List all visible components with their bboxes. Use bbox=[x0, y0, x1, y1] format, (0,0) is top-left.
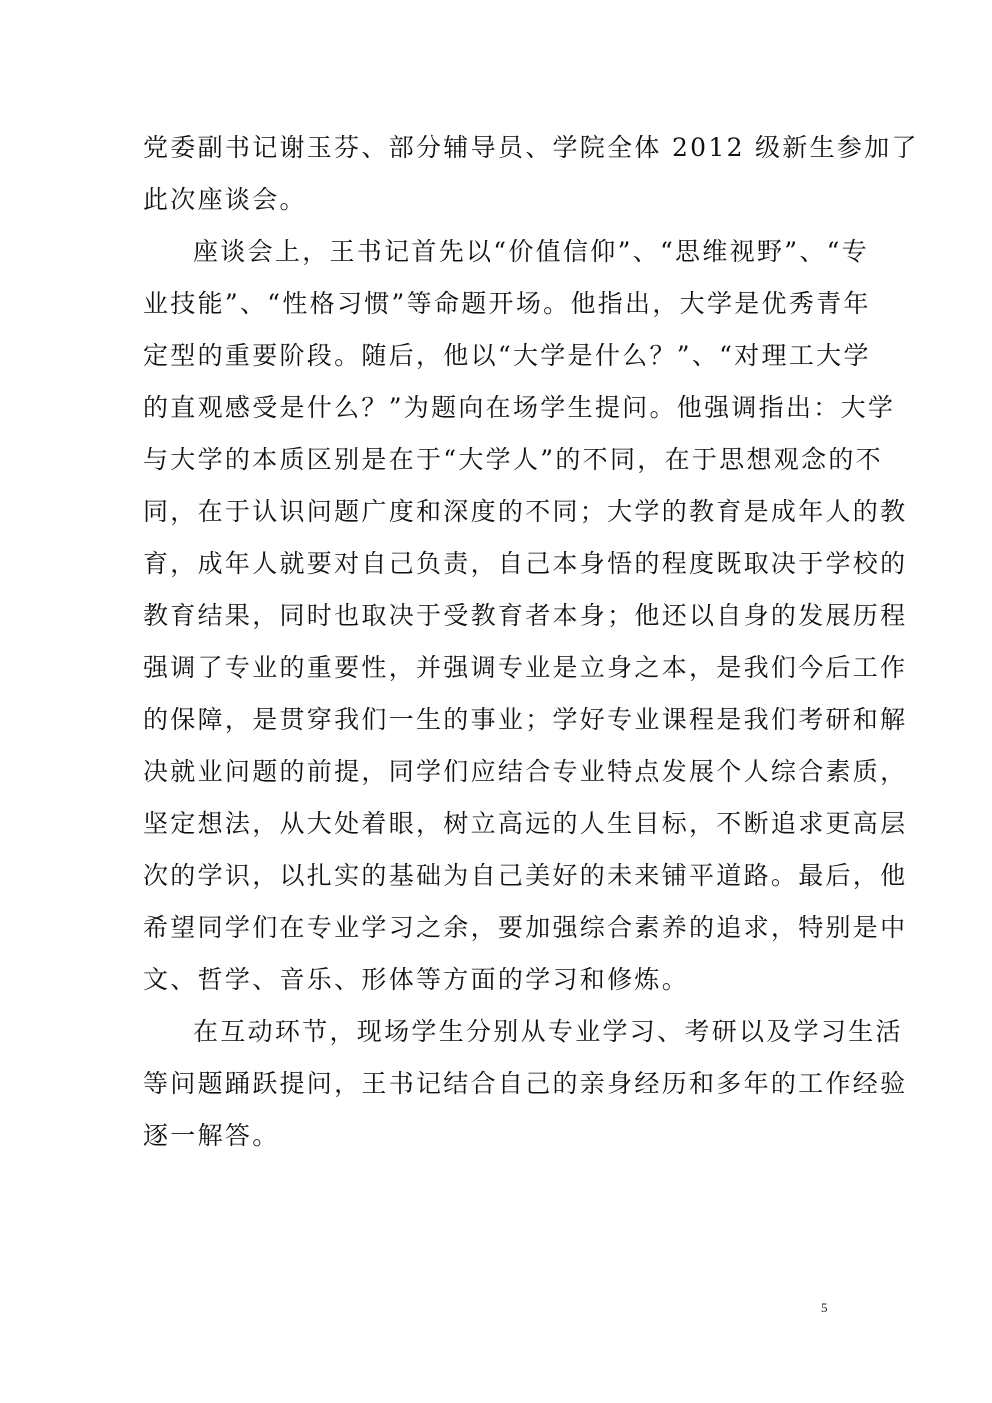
text-line: 强调了专业的重要性，并强调专业是立身之本，是我们今后工作 bbox=[143, 648, 843, 700]
paragraph-first-line: 在互动环节，现场学生分别从专业学习、考研以及学习生活 bbox=[143, 1012, 843, 1064]
document-page: 党委副书记谢玉芬、部分辅导员、学院全体 2012 级新生参加了 此次座谈会。 座… bbox=[0, 0, 992, 1403]
body-text: 党委副书记谢玉芬、部分辅导员、学院全体 2012 级新生参加了 此次座谈会。 座… bbox=[143, 128, 843, 1168]
text-line: 的保障，是贯穿我们一生的事业；学好专业课程是我们考研和解 bbox=[143, 700, 843, 752]
text-line: 业技能”、“性格习惯”等命题开场。他指出，大学是优秀青年 bbox=[143, 284, 843, 336]
text-line: 文、哲学、音乐、形体等方面的学习和修炼。 bbox=[143, 960, 843, 1012]
text-line: 等问题踊跃提问，王书记结合自己的亲身经历和多年的工作经验 bbox=[143, 1064, 843, 1116]
text-line: 定型的重要阶段。随后，他以“大学是什么？”、“对理工大学 bbox=[143, 336, 843, 388]
text-line: 同，在于认识问题广度和深度的不同；大学的教育是成年人的教 bbox=[143, 492, 843, 544]
text-line: 次的学识，以扎实的基础为自己美好的未来铺平道路。最后，他 bbox=[143, 856, 843, 908]
paragraph-first-line: 座谈会上，王书记首先以“价值信仰”、“思维视野”、“专 bbox=[143, 232, 843, 284]
text-line: 育，成年人就要对自己负责，自己本身悟的程度既取决于学校的 bbox=[143, 544, 843, 596]
text-line: 教育结果，同时也取决于受教育者本身；他还以自身的发展历程 bbox=[143, 596, 843, 648]
text-line: 希望同学们在专业学习之余，要加强综合素养的追求，特别是中 bbox=[143, 908, 843, 960]
text-line: 此次座谈会。 bbox=[143, 180, 843, 232]
page-number: 5 bbox=[821, 1300, 828, 1316]
text-line: 坚定想法，从大处着眼，树立高远的人生目标，不断追求更高层 bbox=[143, 804, 843, 856]
text-line: 与大学的本质区别是在于“大学人”的不同，在于思想观念的不 bbox=[143, 440, 843, 492]
text-line: 逐一解答。 bbox=[143, 1116, 843, 1168]
text-line: 的直观感受是什么？”为题向在场学生提问。他强调指出：大学 bbox=[143, 388, 843, 440]
text-line: 党委副书记谢玉芬、部分辅导员、学院全体 2012 级新生参加了 bbox=[143, 128, 843, 180]
text-line: 决就业问题的前提，同学们应结合专业特点发展个人综合素质， bbox=[143, 752, 843, 804]
